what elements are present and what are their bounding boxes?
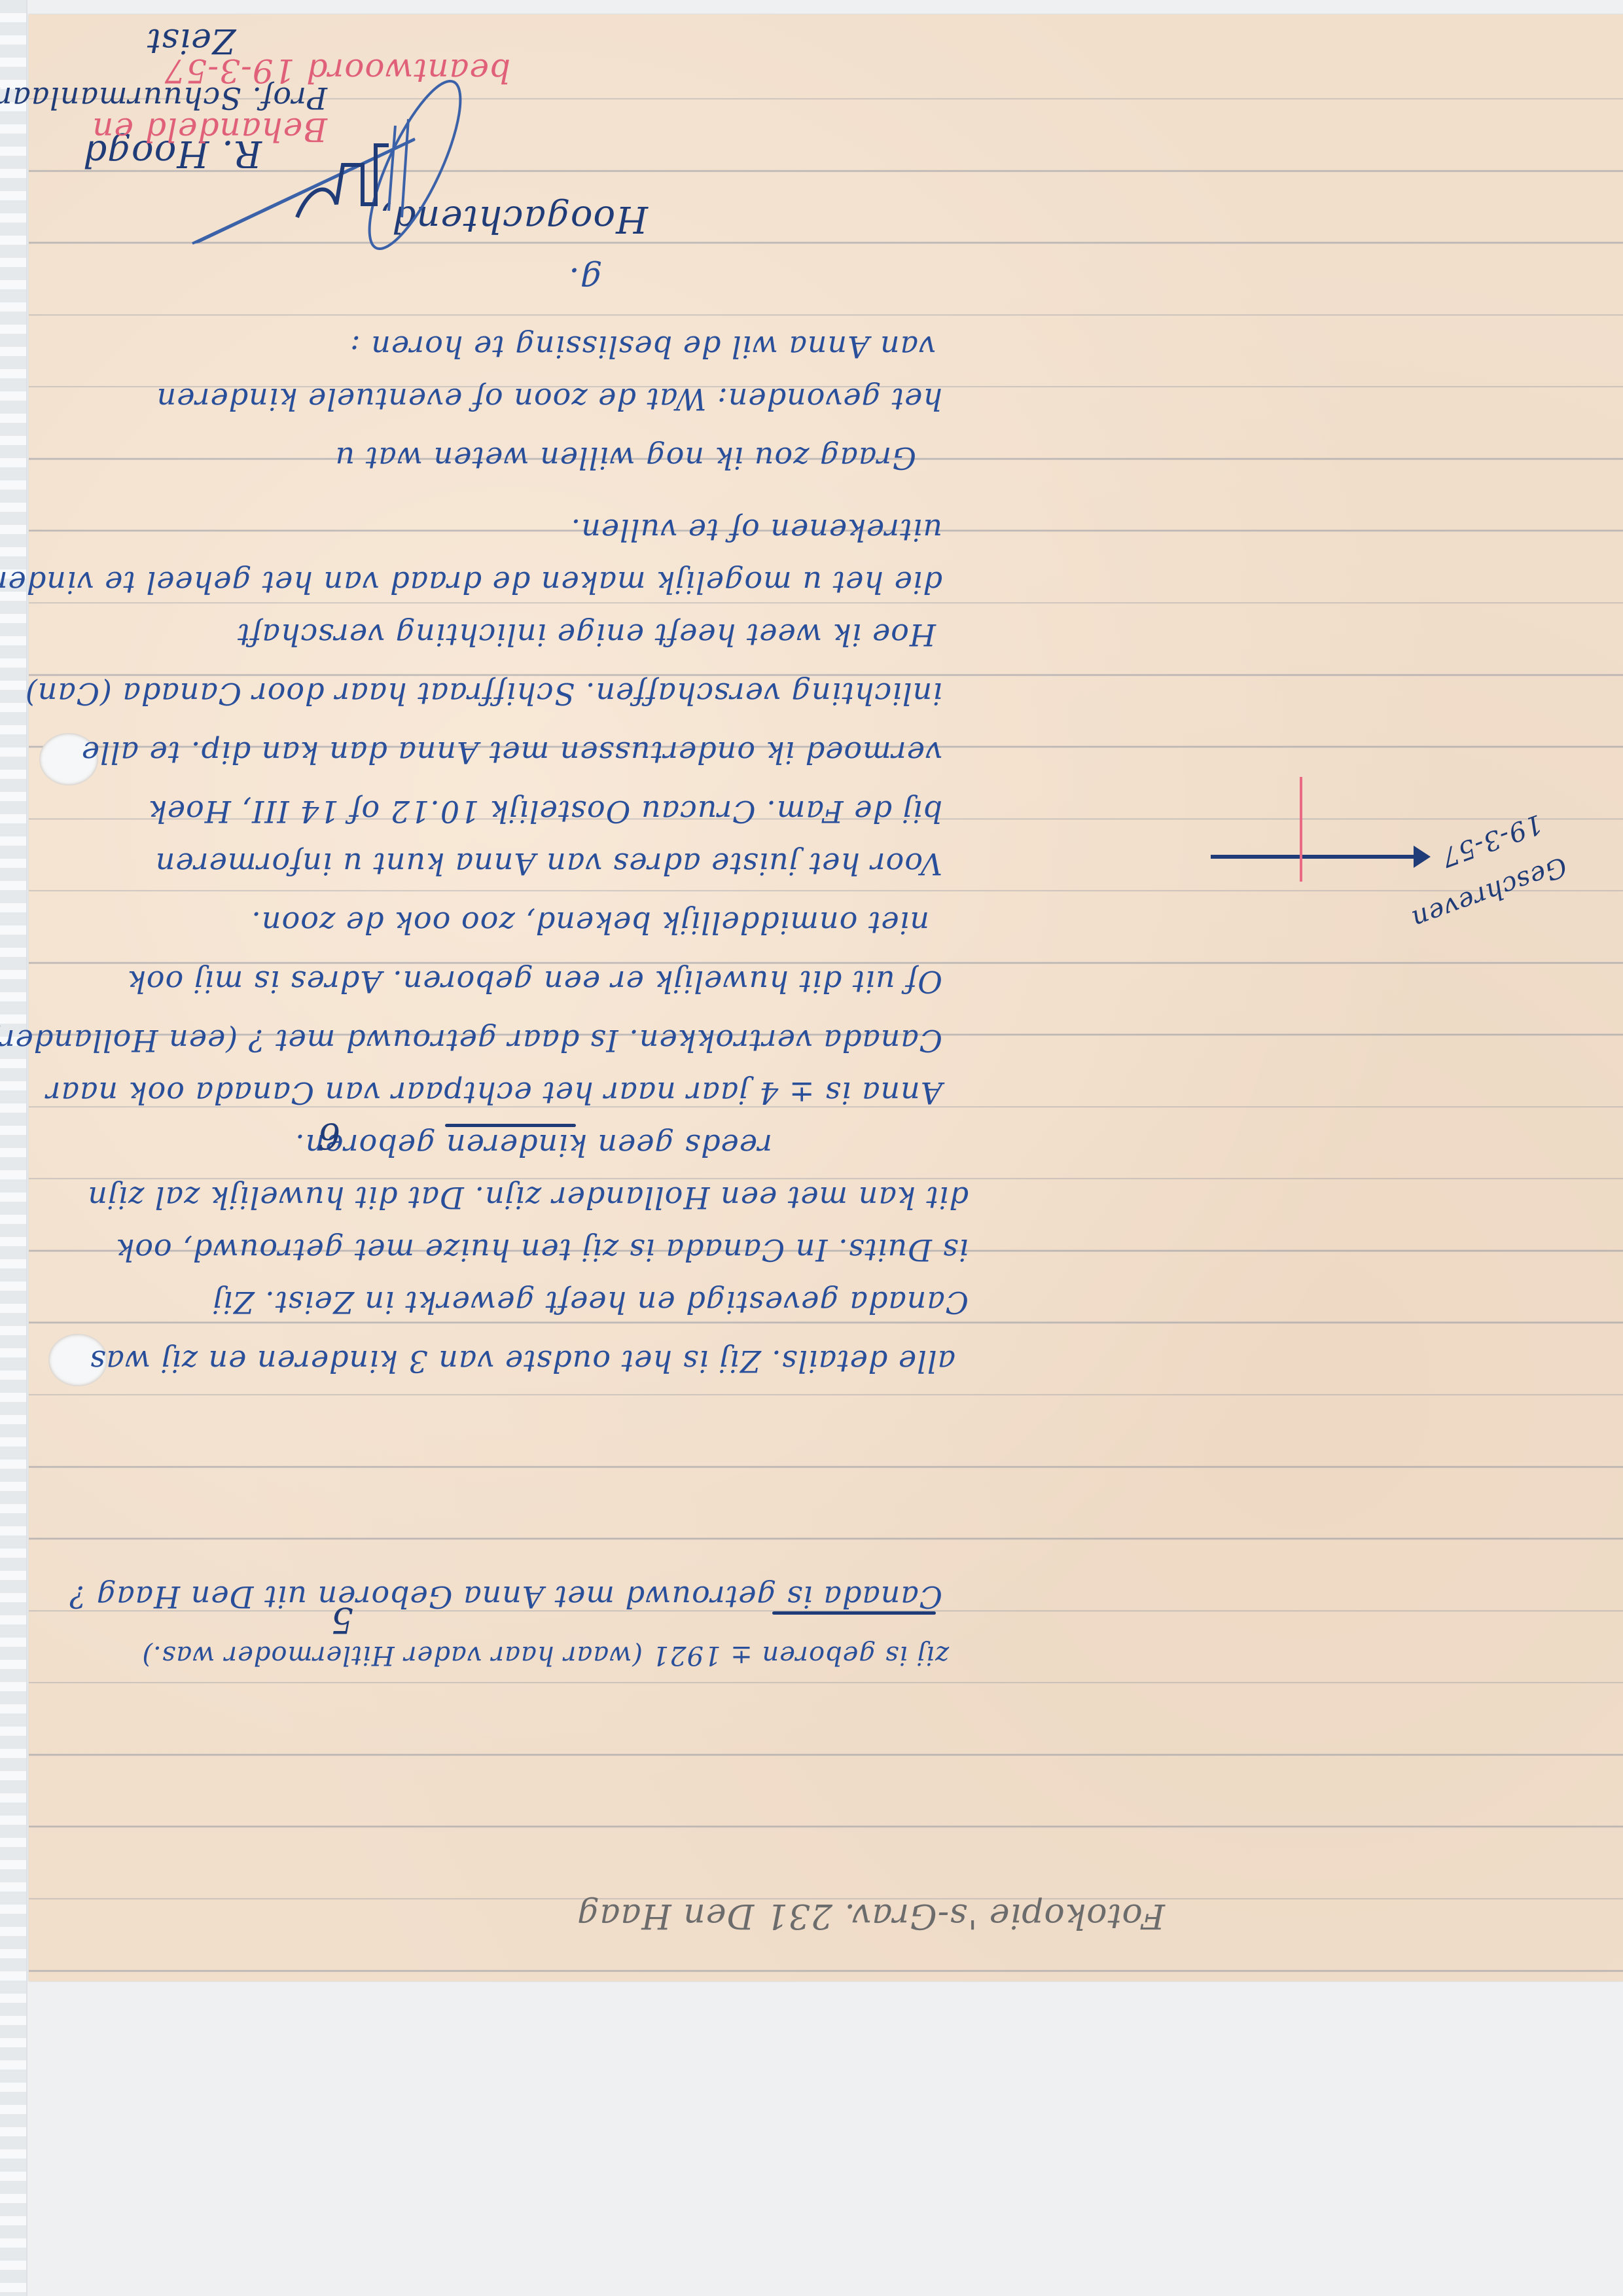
paragraph-line: zij is geboren ± 1921 (waar haar vader H… (141, 1640, 949, 1670)
paragraph-line: alle details. Zij is het oudste van 3 ki… (90, 1344, 955, 1379)
closing-greeting: g. (568, 260, 602, 299)
paragraph-line: van Anna wil de beslissing te horen : (349, 329, 936, 365)
paragraph-line: Graag zou ik nog willen weten wat u (335, 440, 917, 476)
paragraph-line: Anna is ± 4 jaar naar het echtpaar van C… (46, 1075, 942, 1111)
paragraph-line: Canada vertrokken. Is daar getrouwd met … (0, 1023, 942, 1058)
plastic-sleeve-edge (0, 0, 27, 2296)
underline-mark (445, 1124, 576, 1127)
paragraph-line: Canada gevestigd en heeft gewerkt in Zei… (213, 1285, 969, 1320)
paragraph-line: het gevonden: Wat de zoon of eventuele k… (156, 382, 942, 417)
paragraph-line: uitrekenen of te vullen. (571, 512, 942, 548)
margin-note-label: Geschreven (1408, 851, 1571, 935)
margin-arrow (1211, 855, 1427, 859)
paragraph-line: die het u mogelijk maken de draad van he… (0, 565, 942, 600)
paragraph-line: inlichting verschaffen. Schiffraat haar … (25, 676, 942, 711)
upside-down-content: R. Hoogd Prof. Schuurmanlaan 10 Zeist 5 … (29, 14, 1623, 1981)
pencil-footer-note: Fotokopie 's-Grav. 231 Den Haag (577, 1896, 1165, 1935)
paragraph-line: Hoe ik weet heeft enige inlichting versc… (237, 617, 936, 653)
paragraph-line: vermoed ik ondertussen met Anna dan kan … (81, 735, 942, 770)
paragraph-line: bij de Fam. Crucau Oostelijk 10.12 of 14… (148, 794, 942, 829)
paragraph-line: Voor het juiste adres van Anna kunt u in… (155, 846, 942, 882)
underline-mark (772, 1611, 936, 1615)
paragraph-line: Canada is getrouwd met Anna Geboren uit … (69, 1579, 942, 1615)
letter-page: R. Hoogd Prof. Schuurmanlaan 10 Zeist 5 … (29, 14, 1623, 1981)
paragraph-line: dit kan met een Hollander zijn. Dat dit … (87, 1180, 969, 1215)
paragraph-line: niet onmiddellijk bekend, zoo ook de zoo… (251, 905, 929, 941)
paragraph-line: Of uit dit huwelijk er een geboren. Adre… (127, 964, 942, 999)
signature (179, 67, 467, 250)
red-margin-mark (1300, 777, 1302, 882)
paragraph-line: is Duits. In Canada is zij ten huize met… (115, 1232, 969, 1268)
